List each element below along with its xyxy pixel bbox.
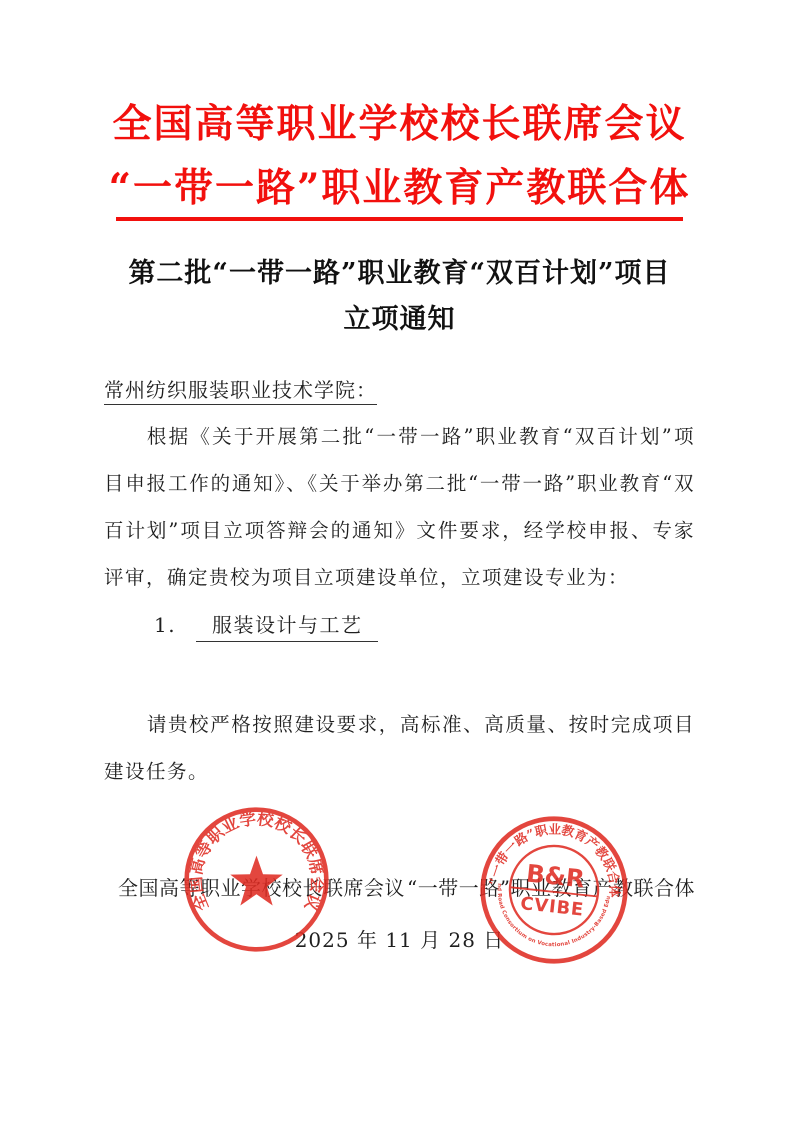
subject-title: 第二批“一带一路”职业教育“双百计划”项目 立项通知 xyxy=(0,251,799,343)
paragraph-1: 根据《关于开展第二批“一带一路”职业教育“双百计划”项目申报工作的通知》、《关于… xyxy=(104,413,695,601)
subject-line1: 第二批“一带一路”职业教育“双百计划”项目 xyxy=(0,251,799,297)
letterhead-rule xyxy=(116,217,683,221)
signature-row: 全国高等职业学校校长联席会议 “一带一路”职业教育产教联合体 xyxy=(104,874,695,902)
document-page: 全国高等职业学校校长联席会议 “一带一路”职业教育产教联合体 第二批“一带一路”… xyxy=(0,0,799,1132)
approved-major-item: 1. 服装设计与工艺 xyxy=(104,602,695,649)
letterhead-title-line1: 全国高等职业学校校长联席会议 xyxy=(0,100,799,148)
signature-right-org: “一带一路”职业教育产教联合体 xyxy=(407,874,695,902)
list-number: 1. xyxy=(154,613,176,637)
approved-major-text: 服装设计与工艺 xyxy=(196,613,379,642)
salutation: 常州纺织服装职业技术学院： xyxy=(104,370,695,410)
subject-line2: 立项通知 xyxy=(0,297,799,343)
signature-date: 2025 年 11 月 28 日 xyxy=(0,924,799,953)
document-body: 常州纺织服装职业技术学院： 根据《关于开展第二批“一带一路”职业教育“双百计划”… xyxy=(104,370,695,795)
letterhead-title-line2: “一带一路”职业教育产教联合体 xyxy=(0,164,799,212)
signature-left-org: 全国高等职业学校校长联席会议 xyxy=(118,874,405,902)
salutation-text: 常州纺织服装职业技术学院： xyxy=(104,378,377,405)
paragraph-2: 请贵校严格按照建设要求，高标准、高质量、按时完成项目建设任务。 xyxy=(104,701,695,795)
letterhead: 全国高等职业学校校长联席会议 “一带一路”职业教育产教联合体 xyxy=(0,0,799,221)
